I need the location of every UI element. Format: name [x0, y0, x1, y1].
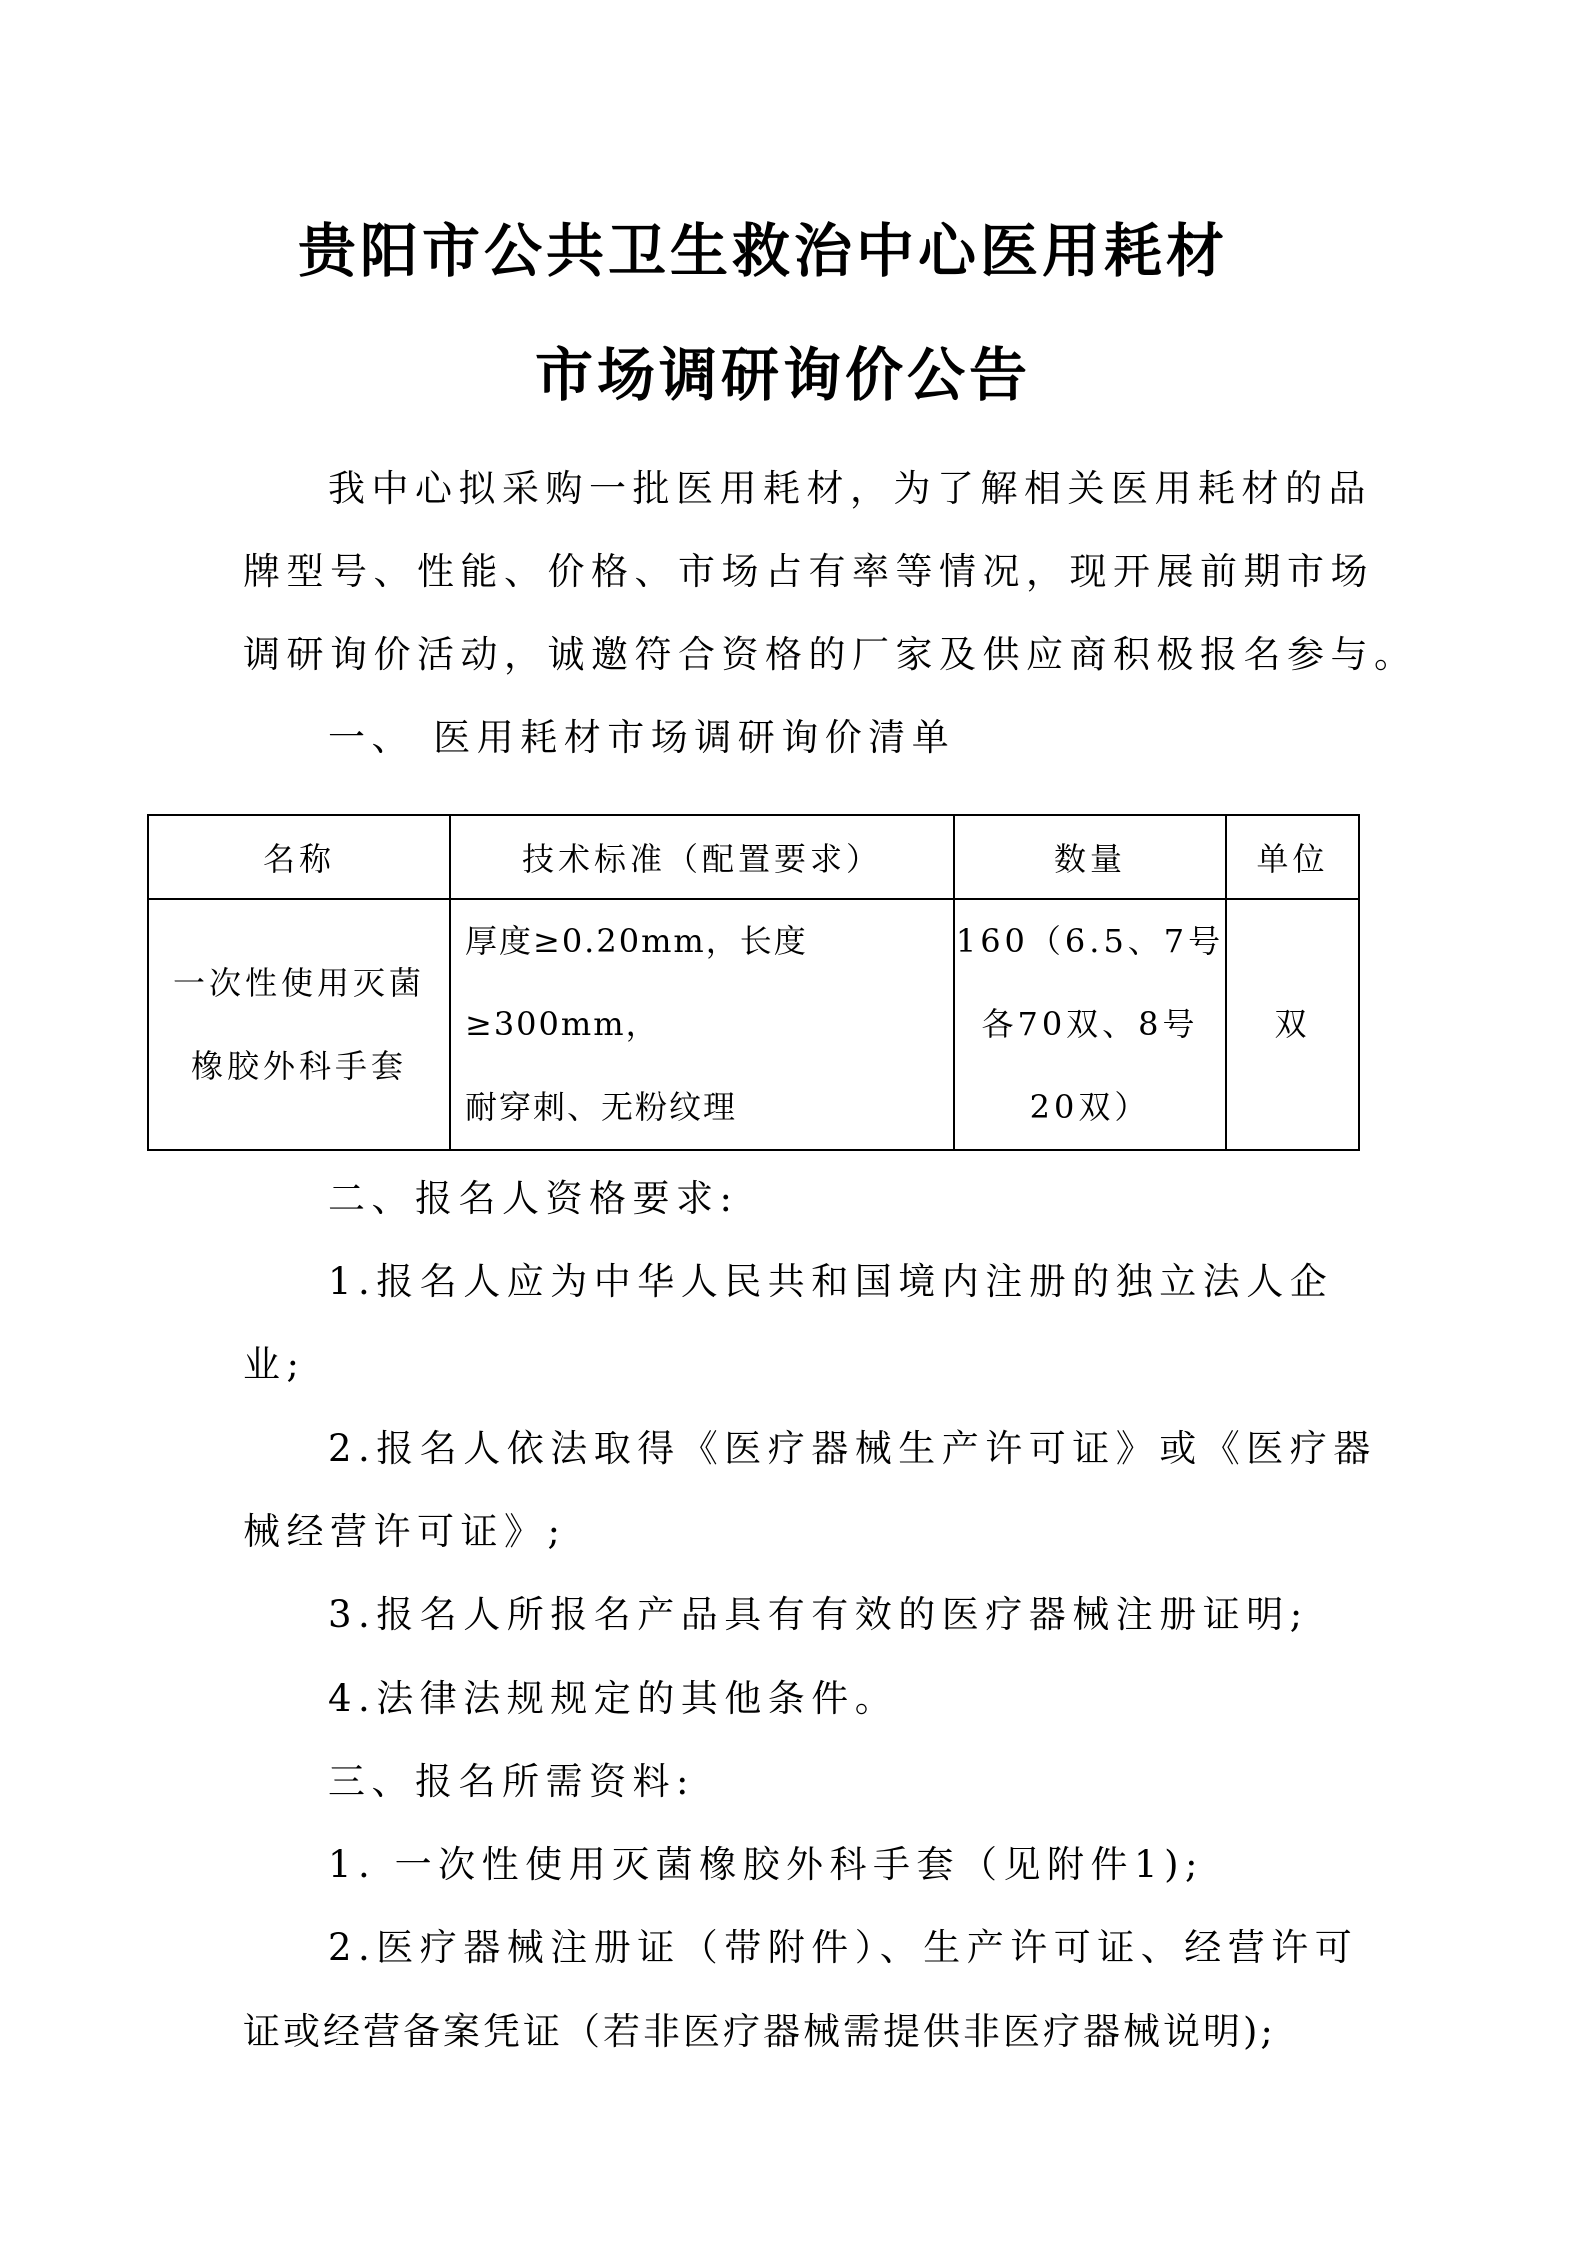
- cell-text: 橡胶外科手套: [149, 1025, 449, 1108]
- requirement-item: 4.法律法规规定的其他条件。: [328, 1676, 898, 1722]
- intro-paragraph-line: 牌型号、性能、价格、市场占有率等情况，现开展前期市场: [243, 549, 1374, 595]
- requirement-item: 3.报名人所报名产品具有有效的医疗器械注册证明;: [328, 1592, 1309, 1638]
- section3-heading: 三、报名所需资料:: [328, 1759, 695, 1805]
- cell-text: 耐穿刺、无粉纹理: [465, 1066, 953, 1149]
- cell-text: 厚度≥0.20mm，长度≥300mm，: [465, 900, 953, 1066]
- requirement-item: 1.报名人应为中华人民共和国境内注册的独立法人企: [328, 1259, 1333, 1305]
- table-header-row: 名称 技术标准（配置要求） 数量 单位: [148, 815, 1359, 899]
- section2-heading: 二、报名人资格要求:: [328, 1176, 738, 1222]
- material-item: 1. 一次性使用灭菌橡胶外科手套（见附件1);: [328, 1842, 1204, 1888]
- document-title-line2: 市场调研询价公告: [535, 342, 1031, 408]
- document-title-line1: 贵阳市公共卫生救治中心医用耗材: [298, 218, 1228, 284]
- inquiry-table: 名称 技术标准（配置要求） 数量 单位 一次性使用灭菌 橡胶外科手套 厚度≥0.…: [147, 814, 1360, 1151]
- table-header-name: 名称: [148, 815, 450, 899]
- requirement-item: 械经营许可证》;: [243, 1509, 566, 1555]
- material-item: 2.医疗器械注册证（带附件）、生产许可证、经营许可: [328, 1925, 1358, 1971]
- cell-spec: 厚度≥0.20mm，长度≥300mm， 耐穿刺、无粉纹理: [450, 899, 954, 1150]
- cell-name: 一次性使用灭菌 橡胶外科手套: [148, 899, 450, 1150]
- requirement-item: 2.报名人依法取得《医疗器械生产许可证》或《医疗器: [328, 1426, 1377, 1472]
- cell-unit: 双: [1226, 899, 1359, 1150]
- section1-heading: 一、 医用耗材市场调研询价清单: [328, 715, 955, 761]
- cell-text: 20双）: [955, 1066, 1225, 1149]
- cell-text: 160（6.5、7号: [955, 900, 1225, 983]
- table-header-quantity: 数量: [954, 815, 1226, 899]
- table-header-spec: 技术标准（配置要求）: [450, 815, 954, 899]
- material-item: 证或经营备案凭证（若非医疗器械需提供非医疗器械说明);: [243, 2009, 1276, 2055]
- intro-paragraph-line: 我中心拟采购一批医用耗材，为了解相关医用耗材的品: [328, 466, 1372, 512]
- table-row: 一次性使用灭菌 橡胶外科手套 厚度≥0.20mm，长度≥300mm， 耐穿刺、无…: [148, 899, 1359, 1150]
- cell-text: 各70双、8号: [955, 983, 1225, 1066]
- intro-paragraph-line: 调研询价活动，诚邀符合资格的厂家及供应商积极报名参与。: [243, 632, 1418, 678]
- cell-quantity: 160（6.5、7号 各70双、8号 20双）: [954, 899, 1226, 1150]
- requirement-item: 业;: [243, 1342, 305, 1388]
- cell-text: 一次性使用灭菌: [149, 942, 449, 1025]
- table-header-unit: 单位: [1226, 815, 1359, 899]
